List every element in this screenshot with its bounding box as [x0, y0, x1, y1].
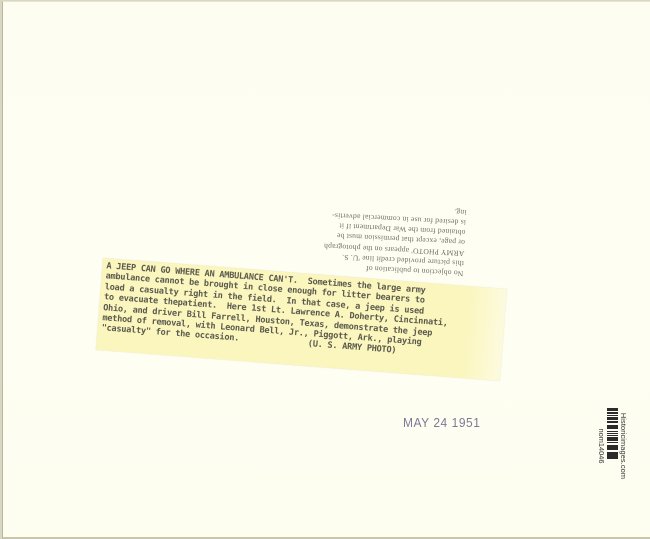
clipping-edge-fade	[460, 286, 507, 381]
photo-back-sheet: No objection to publication of this pict…	[2, 1, 650, 538]
barcode-id-text: nom14046	[597, 406, 606, 486]
date-stamp: MAY 24 1951	[403, 415, 480, 430]
barcode-label: Historicimages.com nom14046	[592, 406, 628, 486]
reverse-publication-stamp: No objection to publication of this pict…	[283, 197, 466, 278]
barcode-site-text: Historicimages.com	[619, 406, 628, 486]
barcode-icon	[607, 408, 618, 484]
caption-text: A JEEP CAN GO WHERE AN AMBULANCE CAN'T. …	[101, 261, 450, 360]
